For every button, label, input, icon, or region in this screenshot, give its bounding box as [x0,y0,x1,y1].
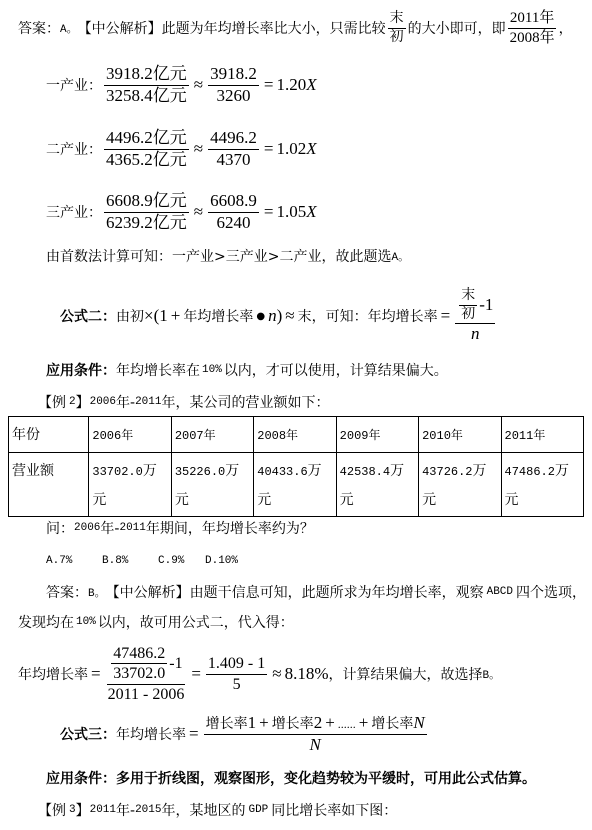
bullet-icon: ● [256,311,265,322]
table-row: 营业额 33702.0万元 35226.0万元 40433.6万元 42538.… [9,453,584,517]
industry-label: 一产业： [46,75,102,95]
table-cell: 47486.2万元 [501,453,583,517]
condition-label: 应用条件： [46,768,116,788]
table-cell: 42538.4万元 [336,453,418,517]
application-condition-1: 应用条件： 年均增长率在 10% 以内，才可以使用，计算结果偏大。 [46,360,448,380]
table-header-row: 年份 2006年 2007年 2008年 2009年 2010年 2011年 [9,417,584,453]
analysis-tag: 【中公解析】 [78,18,162,38]
table-cell: 33702.0万元 [89,453,171,517]
revenue-table: 年份 2006年 2007年 2008年 2009年 2010年 2011年 营… [8,416,584,517]
result-value: 1.20 [276,75,306,95]
answer-paragraph-2-cont: 发现均在 10% 以内，故可用公式二，代入得： [18,612,294,632]
formula-title: 公式二： [60,306,116,326]
analysis-text-2: 的大小即可，即 [408,18,506,38]
value-fraction: 3918.2亿元 3258.4亿元 [104,65,189,105]
table-header-cell: 2006年 [89,417,171,453]
options-line: A.7% B.8% C.9% D.10% [46,552,238,570]
answer-paragraph-1: 答案： A。 【中公解析】 此题为年均增长率比大小，只需比较 末 初 的大小即可… [18,6,573,50]
industry-label: 三产业： [46,202,102,222]
table-header-cell: 年份 [9,417,89,453]
industry-row-2: 二产业： 4496.2亿元 4365.2亿元 ≈ 4496.2 4370 = 1… [46,127,317,171]
table-cell: 40433.6万元 [254,453,336,517]
application-condition-2: 应用条件： 多用于折线图，观察图形，变化趋势较为平缓时，可用此公式估算。 [46,768,536,788]
example-2-heading: 【例 2 】 2006 年- 2011 年，某公司的营业额如下： [38,392,329,412]
table-header-cell: 2008年 [254,417,336,453]
row-label: 营业额 [9,453,89,517]
calc-second-fraction: 1.409 - 1 5 [206,655,267,693]
option-b: B.8% [102,555,158,567]
industry-label: 二产业： [46,139,102,159]
example-3-heading: 【例 3 】 2011 年- 2015 年，某地区的 GDP 同比增长率如下图： [38,800,397,820]
table-cell: 43726.2万元 [419,453,501,517]
approx-fraction: 3918.2 3260 [208,65,259,105]
calc-result: 8.18% [285,664,329,684]
growth-calculation: 年均增长率 = 47486.2 33702.0 -1 2011 - 2006 =… [18,638,500,710]
formula-three: 公式三： 年均增长率 = 增长率 1 + 增长率 2 + ...... + 增长… [60,708,429,760]
year-fraction: 2011年 2008年 [508,10,557,46]
analysis-text: 此题为年均增长率比大小，只需比较 [162,18,386,38]
calc-main-fraction: 47486.2 33702.0 -1 2011 - 2006 [106,645,187,704]
result-value: 1.02 [276,139,306,159]
calc-label: 年均增长率 [18,664,88,684]
question-line: 问： 2006 年- 2011 年期间，年均增长率约为？ [46,518,314,538]
inner-fraction: 47486.2 33702.0 [111,645,167,683]
answer-paragraph-2: 答案： B。 【中公解析】 由题干信息可知，此题所求为年均增长率，观察 ABCD… [46,582,586,602]
answer-choice: A。 [60,20,78,36]
average-growth-fraction: 增长率 1 + 增长率 2 + ...... + 增长率 N N [204,714,427,754]
formula-title: 公式三： [60,724,116,744]
table-cell: 35226.0万元 [171,453,253,517]
table-header-cell: 2007年 [171,417,253,453]
table-header-cell: 2011年 [501,417,583,453]
industry-row-1: 一产业： 3918.2亿元 3258.4亿元 ≈ 3918.2 3260 = 1… [46,63,317,107]
industry-row-3: 三产业： 6608.9亿元 6239.2亿元 ≈ 6608.9 6240 = 1… [46,190,317,234]
end-over-start-fraction: 末 初 [388,11,406,45]
value-fraction: 4496.2亿元 4365.2亿元 [104,129,189,169]
answer-prefix: 答案： [18,18,60,38]
end-over-start-fraction: 末 初 [459,288,477,322]
value-fraction: 6608.9亿元 6239.2亿元 [104,192,189,232]
approx-fraction: 6608.9 6240 [208,192,259,232]
growth-rate-fraction: 末 初 -1 n [455,288,495,343]
conclusion-line: 由首数法计算可知：一产业>三产业>二产业，故此题选 A。 [46,246,409,266]
option-a: A.7% [46,555,102,567]
approx-fraction: 4496.2 4370 [208,129,259,169]
table-header-cell: 2010年 [419,417,501,453]
condition-label: 应用条件： [46,360,116,380]
option-d: D.10% [205,555,238,567]
table-header-cell: 2009年 [336,417,418,453]
formula-two: 公式二： 由初 ×(1 + 年均增长率 ● n ) ≈ 末 ，可知：年均增长率 … [60,284,497,348]
option-c: C.9% [158,555,205,567]
result-value: 1.05 [276,202,306,222]
